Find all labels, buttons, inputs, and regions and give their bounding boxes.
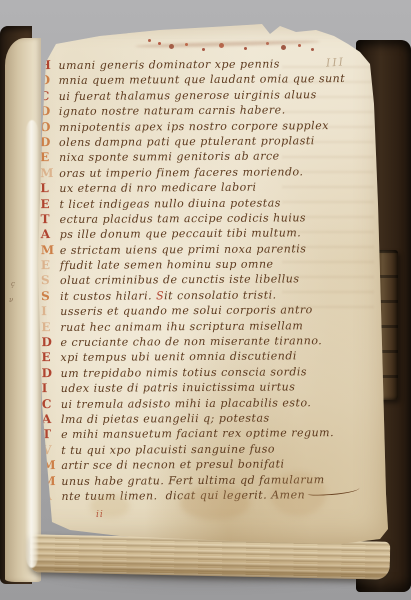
line-text: olens dampna pati que ptulerant proplast…	[59, 133, 315, 150]
line-text: umani generis dominator xpe pennis	[58, 56, 280, 73]
line-text: ui fuerat thalamus generose uirginis alu…	[59, 87, 317, 104]
line-text: e strictam uiens que primi noxa parentis	[60, 241, 307, 258]
line-text: artir sce di necnon et presul bonifati	[61, 457, 284, 474]
line-text: oluat criminibus de cunctis iste libellu…	[60, 272, 300, 289]
line-text: e cruciante chao de non miserante tirann…	[60, 333, 322, 350]
line-text: ectura placidus tam accipe codicis huius	[60, 210, 307, 227]
manuscript-page: III Humani generis dominator xpe pennisO…	[30, 24, 390, 548]
manuscript-photo: ç ν III Humani generis dominator xpe pen…	[0, 0, 411, 600]
line-text: udex iuste di patris inuictissima uirtus	[61, 380, 296, 397]
line-text: e mihi mansuetum faciant rex optime regu…	[61, 425, 334, 442]
red-edge-stains	[148, 39, 151, 42]
line-text: ffudit late semen hominu sup omne	[60, 257, 274, 274]
stain-smear	[135, 40, 320, 49]
manuscript-line: Omnia quem metuunt que laudant omia que …	[33, 71, 373, 89]
parchment-blotch	[180, 486, 250, 520]
text-block: Humani generis dominator xpe pennisOmnia…	[32, 56, 375, 505]
gutter-highlight	[25, 120, 39, 568]
line-text: t licet indigeas nullo diuina potestas	[59, 195, 281, 212]
line-text: ui tremula adsisto mihi ia placabilis es…	[61, 395, 312, 412]
leaf-ink-mark: ç	[11, 280, 15, 288]
parchment-blotch	[90, 494, 130, 518]
line-text: ruat hec animam ihu scriptura misellam	[60, 318, 303, 335]
line-text: usseris et quando me solui corporis antr…	[60, 302, 313, 319]
manuscript-line: Te mihi mansuetum faciant rex optime reg…	[35, 425, 375, 443]
line-text: it custos hilari. Sit consolatio tristi.	[60, 287, 277, 304]
line-text: ignato nostre naturam carnis habere.	[59, 103, 286, 120]
line-text: nixa sponte summi genitoris ab arce	[59, 149, 280, 166]
line-text: oras ut imperio finem faceres moriendo.	[59, 164, 303, 181]
parchment-blotch	[270, 472, 326, 516]
line-text: lma di pietas euangelii q; potestas	[61, 411, 270, 428]
line-text: xpi tempus ubi uenit omnia discutiendi	[60, 349, 297, 366]
manuscript-line: Omnipotentis apex ips nostro corpore sup…	[33, 117, 373, 135]
line-text: ux eterna di nro medicare labori	[59, 180, 256, 197]
leaf-ink-mark: ν	[9, 296, 13, 304]
line-text: ps ille donum que peccauit tibi multum.	[60, 226, 302, 243]
line-text: t tu qui xpo placuisti sanguine fuso	[61, 441, 275, 458]
line-text: um trepidabo nimis totius conscia sordis	[61, 364, 308, 381]
